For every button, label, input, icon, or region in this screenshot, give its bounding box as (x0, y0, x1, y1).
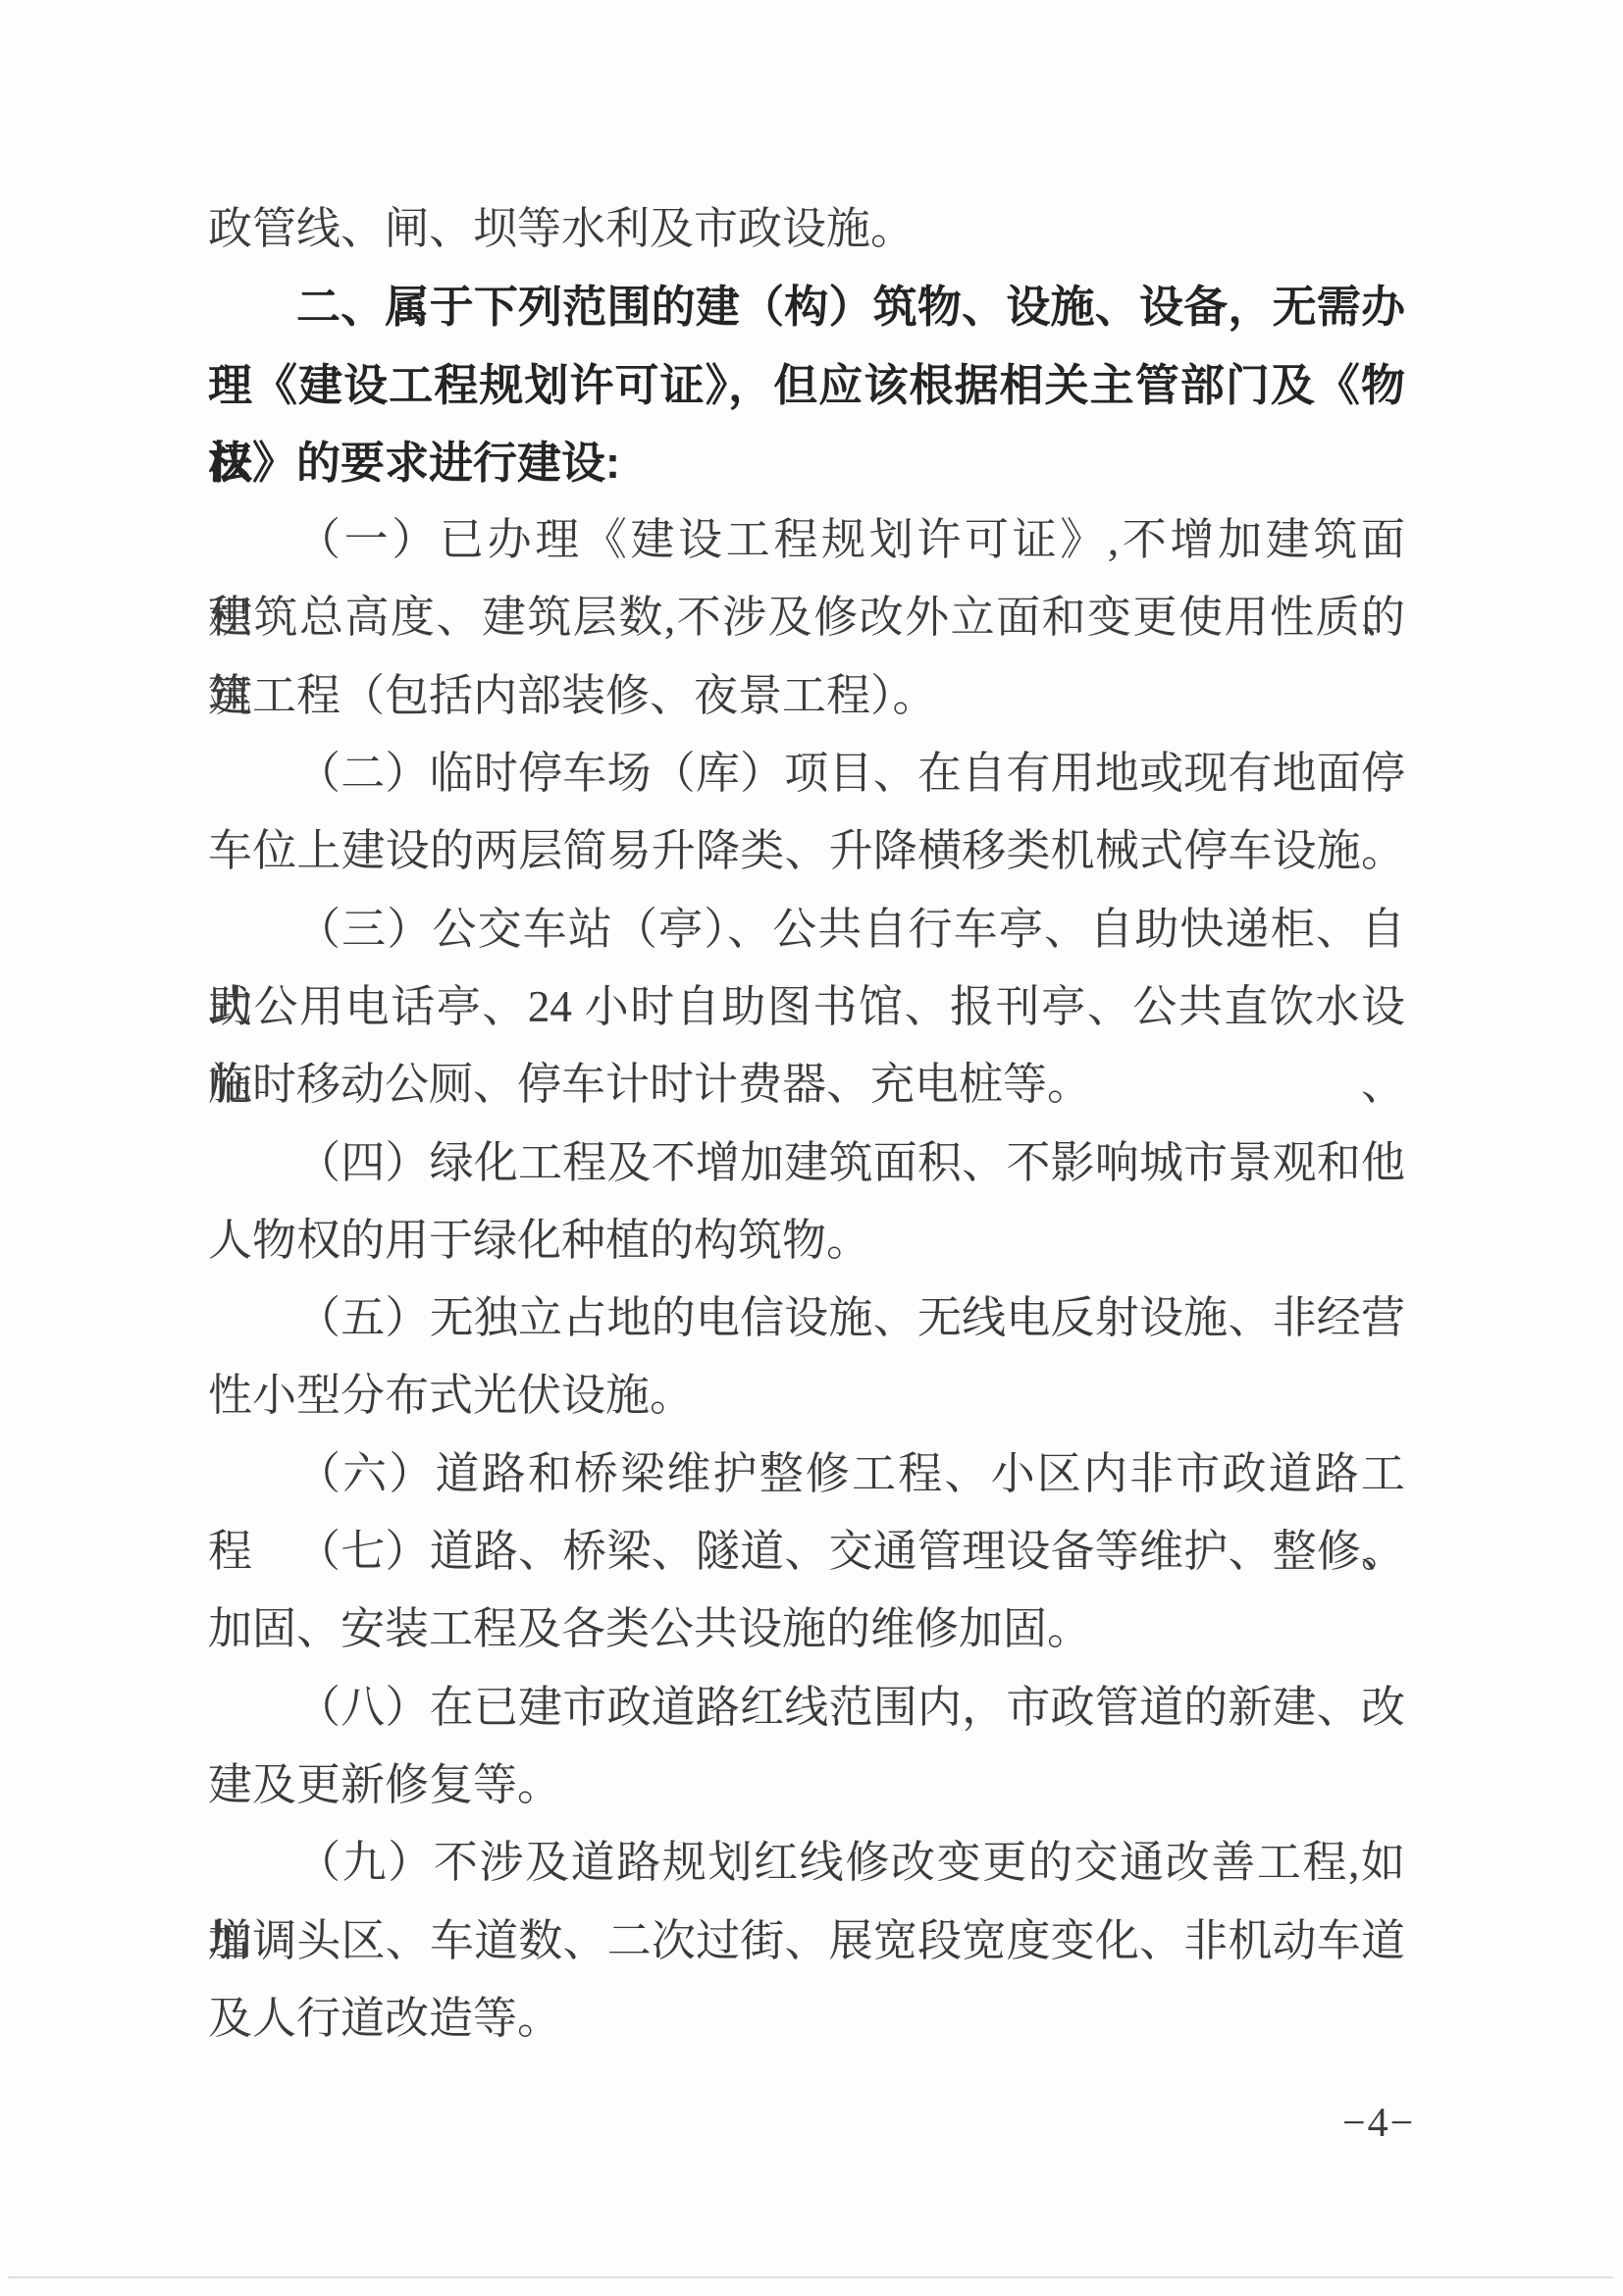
text-line: 性小型分布式光伏设施。 (208, 1357, 1405, 1435)
text-line: 建及更新修复等。 (208, 1747, 1405, 1824)
text-line: 人物权的用于绿化种植的构筑物。 (208, 1202, 1405, 1279)
text-line: 筑工程（包括内部装修、夜景工程）。 (208, 657, 1405, 735)
text-line: （七）道路、桥梁、隧道、交通管理设备等维护、整修、 (208, 1513, 1405, 1591)
text-line: 车位上建设的两层简易升降类、升降横移类机械式停车设施。 (208, 812, 1405, 890)
page-number: −4− (1342, 2100, 1415, 2147)
text-line: 式公用电话亭、24 小时自助图书馆、报刊亭、公共直饮水设施、 (208, 968, 1405, 1046)
text-line: （二）临时停车场（库）项目、在自有用地或现有地面停 (208, 735, 1405, 812)
text-line: （六）道路和桥梁维护整修工程、小区内非市政道路工程。 (208, 1435, 1405, 1513)
text-line: （八）在已建市政道路红线范围内，市政管道的新建、改 (208, 1669, 1405, 1747)
text-line: 建筑总高度、建筑层数,不涉及修改外立面和变更使用性质的建 (208, 579, 1405, 656)
scanned-document-page: 政管线、闸、坝等水利及市政设施。 二、属于下列范围的建（构）筑物、设施、设备，无… (0, 0, 1623, 2296)
document-text-block: 政管线、闸、坝等水利及市政设施。 二、属于下列范围的建（构）筑物、设施、设备，无… (208, 190, 1405, 2058)
text-line: （五）无独立占地的电信设施、无线电反射设施、非经营 (208, 1279, 1405, 1357)
heading-line: 理《建设工程规划许可证》，但应该根据相关主管部门及《物权 (208, 346, 1405, 424)
text-line: 及人行道改造等。 (208, 1980, 1405, 2058)
text-line: 政管线、闸、坝等水利及市政设施。 (208, 190, 1405, 268)
heading-line: 二、属于下列范围的建（构）筑物、设施、设备，无需办 (208, 268, 1405, 345)
text-line: （三）公交车站（亭）、公共自行车亭、自助快递柜、自助 (208, 891, 1405, 968)
text-line: 加调头区、车道数、二次过街、展宽段宽度变化、非机动车道 (208, 1903, 1405, 1980)
heading-line: 法》的要求进行建设: (208, 424, 1405, 501)
text-line: 加固、安装工程及各类公共设施的维修加固。 (208, 1591, 1405, 1668)
text-line: （四）绿化工程及不增加建筑面积、不影响城市景观和他 (208, 1124, 1405, 1202)
page-bottom-rule (8, 2276, 1613, 2278)
text-line: （一）已办理《建设工程规划许可证》,不增加建筑面积、 (208, 501, 1405, 579)
text-line: （九）不涉及道路规划红线修改变更的交通改善工程,如增 (208, 1824, 1405, 1902)
